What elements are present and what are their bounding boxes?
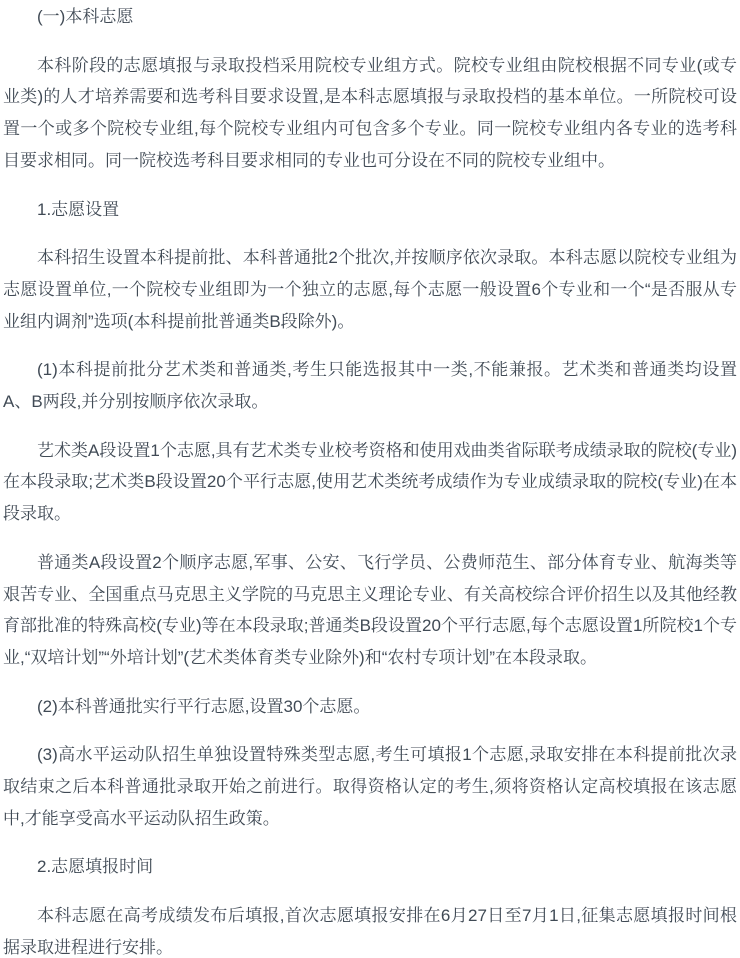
paragraph: 普通类A段设置2个顺序志愿,军事、公安、飞行学员、公费师范生、部分体育专业、航海… — [3, 547, 737, 674]
paragraph: 艺术类A段设置1个志愿,具有艺术类专业校考资格和使用戏曲类省际联考成绩录取的院校… — [3, 435, 737, 530]
paragraph: 本科招生设置本科提前批、本科普通批2个批次,并按顺序依次录取。本科志愿以院校专业… — [3, 242, 737, 337]
paragraph: (2)本科普通批实行平行志愿,设置30个志愿。 — [3, 691, 737, 723]
subsection-heading-filling-time: 2.志愿填报时间 — [3, 851, 737, 883]
subsection-heading-volunteer-setup: 1.志愿设置 — [3, 194, 737, 226]
paragraph: (3)高水平运动队招生单独设置特殊类型志愿,考生可填报1个志愿,录取安排在本科提… — [3, 739, 737, 834]
paragraph: (1)本科提前批分艺术类和普通类,考生只能选报其中一类,不能兼报。艺术类和普通类… — [3, 354, 737, 417]
paragraph: 本科志愿在高考成绩发布后填报,首次志愿填报安排在6月27日至7月1日,征集志愿填… — [3, 900, 737, 958]
paragraph: 本科阶段的志愿填报与录取投档采用院校专业组方式。院校专业组由院校根据不同专业(或… — [3, 50, 737, 177]
section-heading: (一)本科志愿 — [3, 1, 737, 33]
article-body: (一)本科志愿 本科阶段的志愿填报与录取投档采用院校专业组方式。院校专业组由院校… — [0, 0, 740, 958]
